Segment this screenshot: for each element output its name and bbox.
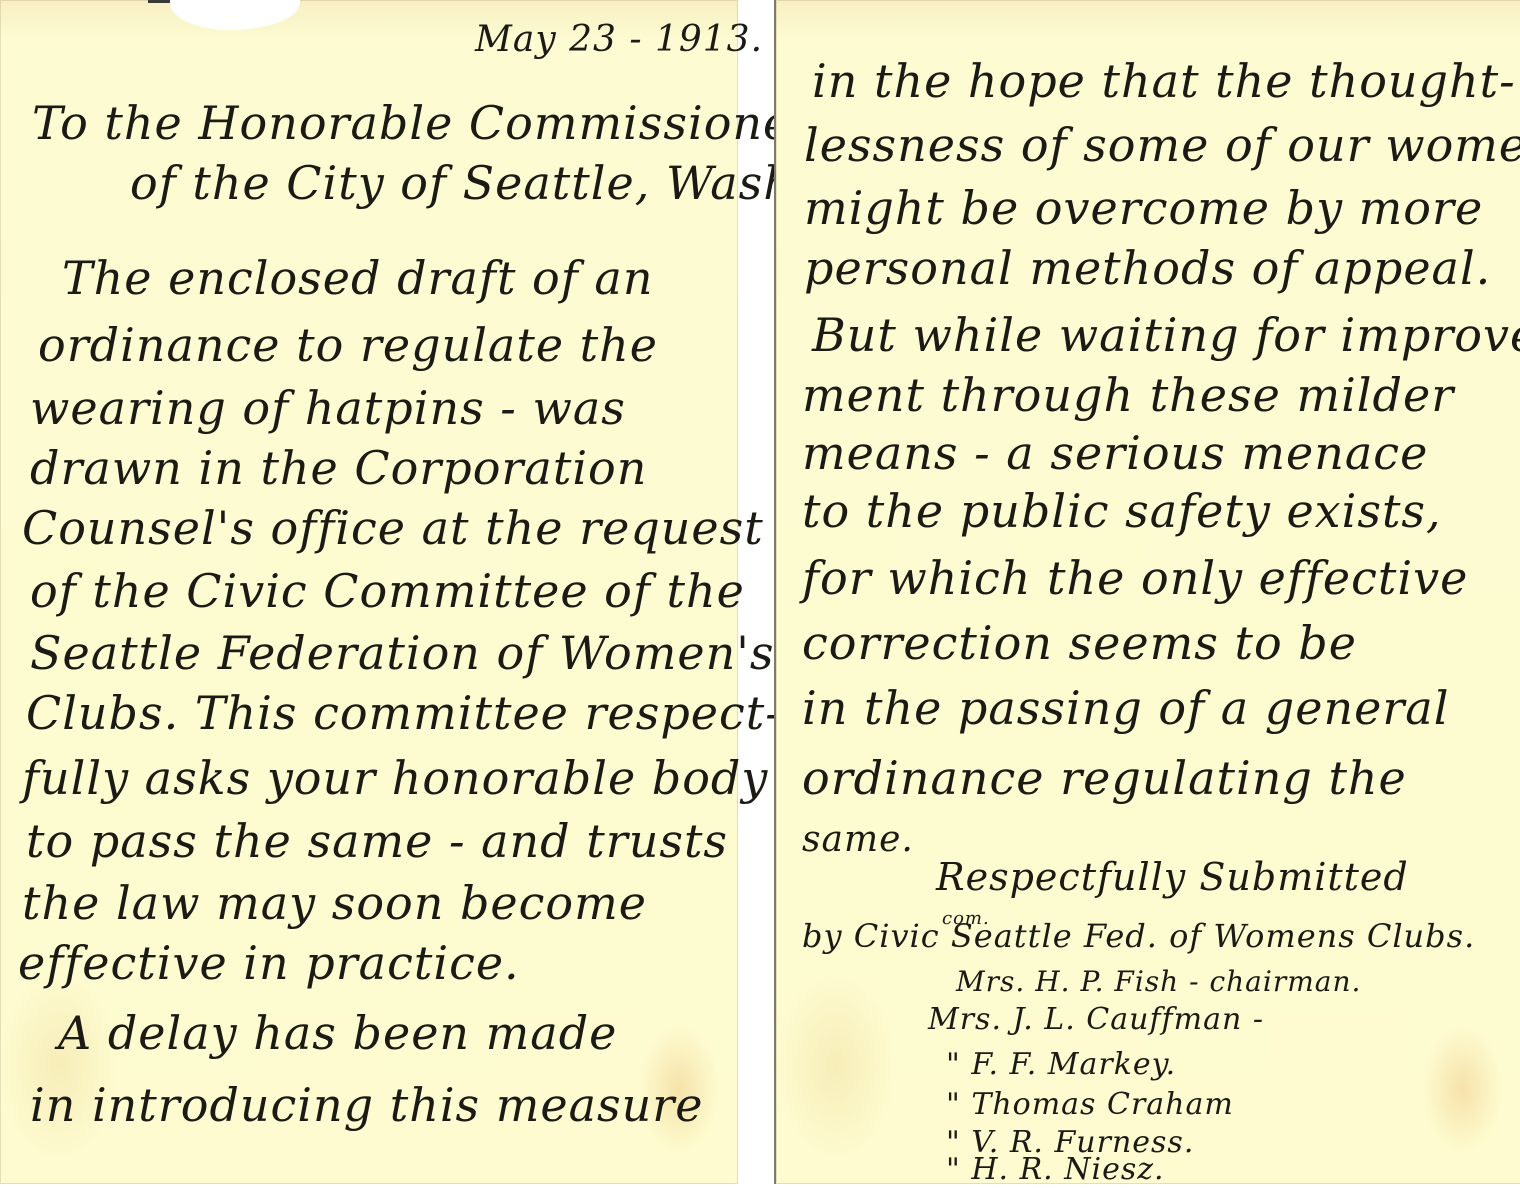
submitted-by: by Civic Seattle Fed. of Womens Clubs. — [802, 920, 1475, 952]
body-line: correction seems to be — [802, 620, 1357, 666]
body-line: in the passing of a general — [802, 685, 1449, 731]
body-line: same. — [802, 822, 914, 858]
body-line: ordinance to regulate the — [38, 322, 658, 368]
salutation-line: To the Honorable Commissioners — [32, 100, 839, 146]
body-line: to pass the same - and trusts — [26, 818, 728, 864]
body-line: A delay has been made — [58, 1010, 617, 1056]
body-line: means - a serious menace — [802, 430, 1428, 476]
letter-page-right: in the hope that the thought- lessness o… — [774, 0, 1520, 1184]
body-line: personal methods of appeal. — [804, 245, 1491, 291]
body-line: But while waiting for improve- — [812, 312, 1520, 358]
signatory: Mrs. J. L. Cauffman - — [928, 1005, 1264, 1035]
body-line: ment through these milder — [802, 372, 1454, 418]
body-line: drawn in the Corporation — [30, 445, 647, 491]
body-line: wearing of hatpins - was — [30, 385, 626, 431]
signatory: Mrs. H. P. Fish - chairman. — [956, 968, 1361, 996]
body-line: Clubs. This committee respect- — [26, 690, 782, 736]
body-line: to the public safety exists, — [802, 488, 1442, 534]
body-line: the law may soon become — [22, 880, 647, 926]
body-line: fully asks your honorable body — [22, 755, 768, 801]
letter-date: May 23 - 1913. — [475, 22, 763, 58]
body-line: might be overcome by more — [804, 185, 1483, 231]
body-line: lessness of some of our women — [804, 122, 1520, 168]
torn-corner — [170, 0, 300, 30]
body-line: for which the only effective — [802, 555, 1468, 601]
body-line: in introducing this measure — [30, 1082, 703, 1128]
body-line: ordinance regulating the — [802, 755, 1407, 801]
body-line: Seattle Federation of Women's — [30, 630, 774, 676]
signatory: " F. F. Markey. — [946, 1050, 1176, 1080]
letter-page-left: May 23 - 1913. To the Honorable Commissi… — [0, 0, 738, 1184]
signatory: " H. R. Niesz. — [946, 1155, 1165, 1185]
body-line: The enclosed draft of an — [62, 255, 653, 301]
signatory: " Thomas Craham — [946, 1090, 1234, 1120]
salutation-line: of the City of Seattle, Wash. — [130, 160, 810, 206]
body-line: Counsel's office at the request — [22, 505, 764, 551]
body-line: effective in practice. — [18, 940, 520, 986]
body-line: in the hope that the thought- — [812, 58, 1516, 104]
closing: Respectfully Submitted — [936, 858, 1409, 896]
body-line: of the Civic Committee of the — [30, 568, 745, 614]
